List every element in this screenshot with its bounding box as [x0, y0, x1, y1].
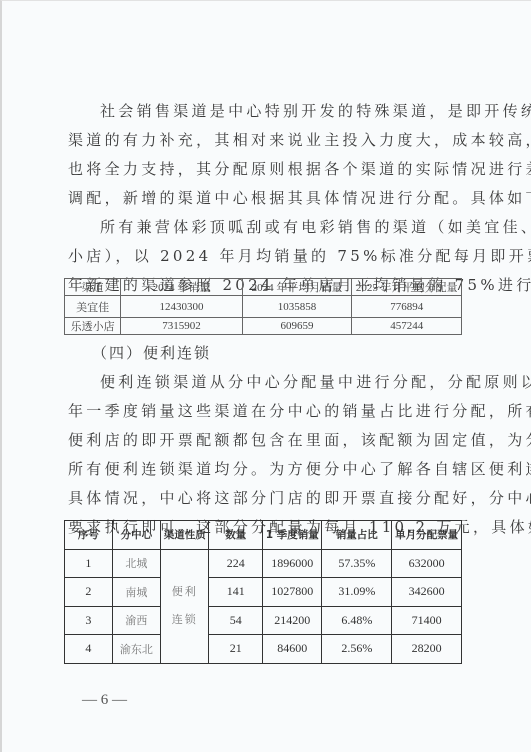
- table-cell: 141: [209, 578, 263, 607]
- table-cell: 28200: [392, 635, 462, 664]
- table-cell: 632000: [392, 549, 462, 578]
- table-row: 2 南城 141 1027800 31.09% 342600: [65, 578, 462, 607]
- text-line: 便利连锁渠道从分中心分配量中进行分配，分配原则以 2025: [68, 368, 468, 397]
- table-cell: 457244: [352, 318, 462, 335]
- table-cell: 渝西: [112, 606, 161, 635]
- table-cell: 美宜佳: [65, 296, 121, 318]
- table-cell: 21: [209, 635, 263, 664]
- table-cell: 渝东北: [112, 635, 161, 664]
- channel-type-cell: 便利连锁: [161, 549, 209, 663]
- table-cell: 南城: [112, 578, 161, 607]
- table-cell: 609659: [242, 318, 352, 335]
- page-number: — 6 —: [82, 692, 127, 709]
- table-header-row: 渠道 2024 年销量 2024 年平均月销量 2025 年月平均分配量: [65, 279, 462, 296]
- table-cell: 342600: [392, 578, 462, 607]
- column-header: 1 季度销量: [263, 521, 322, 550]
- table-cell: 12430300: [121, 296, 243, 318]
- column-header: 2024 年平均月销量: [242, 279, 352, 296]
- channel-sales-table: 渠道 2024 年销量 2024 年平均月销量 2025 年月平均分配量 美宜佳…: [64, 278, 462, 335]
- text-line: 调配，新增的渠道中心根据其具体情况进行分配。具体如下：: [68, 184, 468, 213]
- table-cell: 6.48%: [322, 606, 392, 635]
- table-cell: 2.56%: [322, 635, 392, 664]
- table-cell: 31.09%: [322, 578, 392, 607]
- column-header: 单月分配票量: [392, 521, 462, 550]
- section-heading: （四）便利连锁: [68, 339, 468, 368]
- table-row: 美宜佳 12430300 1035858 776894: [65, 296, 462, 318]
- table-header-row: 序号 分中心 渠道性质 数量 1 季度销量 销量占比 单月分配票量: [65, 521, 462, 550]
- table-cell: 3: [65, 606, 113, 635]
- column-header: 渠道: [65, 279, 121, 296]
- table-cell: 54: [209, 606, 263, 635]
- table-cell: 1896000: [263, 549, 322, 578]
- text-line: 所有便利连锁渠道均分。为方便分中心了解各自辖区便利连锁的: [68, 455, 468, 484]
- table-cell: 7315902: [121, 318, 243, 335]
- table-cell: 84600: [263, 635, 322, 664]
- table-cell: 1: [65, 549, 113, 578]
- table-cell: 776894: [352, 296, 462, 318]
- paragraph-convenience-chain: 便利连锁渠道从分中心分配量中进行分配，分配原则以 2025 年一季度销量这些渠道…: [68, 368, 468, 542]
- text-line: 渠道的有力补充，其相对来说业主投入力度大，成本较高，中心: [68, 126, 468, 155]
- text-line: 小店），以 2024 年月均销量的 75%标准分配每月即开票量；2025: [68, 242, 468, 271]
- table-row: 4 渝东北 21 84600 2.56% 28200: [65, 635, 462, 664]
- table-cell: 4: [65, 635, 113, 664]
- text-line: 社会销售渠道是中心特别开发的特殊渠道，是即开传统销售: [68, 97, 468, 126]
- table-cell: 224: [209, 549, 263, 578]
- text-line: 具体情况，中心将这部分门店的即开票直接分配好，分中心按照: [68, 484, 468, 513]
- table-cell: 1027800: [263, 578, 322, 607]
- convenience-chain-allocation-table: 序号 分中心 渠道性质 数量 1 季度销量 销量占比 单月分配票量 1 北城 便…: [64, 520, 462, 664]
- table-cell: 1035858: [242, 296, 352, 318]
- column-header: 序号: [65, 521, 113, 550]
- table-row: 1 北城 便利连锁 224 1896000 57.35% 632000: [65, 549, 462, 578]
- text-line: 年一季度销量这些渠道在分中心的销量占比进行分配，所有新增: [68, 397, 468, 426]
- text-line: 也将全力支持，其分配原则根据各个渠道的实际情况进行差异化: [68, 155, 468, 184]
- text-line: 所有兼营体彩顶呱刮或有电彩销售的渠道（如美宜佳、乐透: [68, 213, 468, 242]
- column-header: 2025 年月平均分配量: [352, 279, 462, 296]
- table-row: 乐透小店 7315902 609659 457244: [65, 318, 462, 335]
- column-header: 分中心: [112, 521, 161, 550]
- column-header: 销量占比: [322, 521, 392, 550]
- column-header: 数量: [209, 521, 263, 550]
- section-heading-text: （四）便利连锁: [68, 339, 468, 368]
- table-cell: 57.35%: [322, 549, 392, 578]
- table-cell: 乐透小店: [65, 318, 121, 335]
- column-header: 2024 年销量: [121, 279, 243, 296]
- table-cell: 214200: [263, 606, 322, 635]
- table-row: 3 渝西 54 214200 6.48% 71400: [65, 606, 462, 635]
- text-line: 便利店的即开票配额都包含在里面，该配额为固定值，为分中心: [68, 426, 468, 455]
- paragraph-social-channels: 社会销售渠道是中心特别开发的特殊渠道，是即开传统销售 渠道的有力补充，其相对来说…: [68, 97, 468, 213]
- table-cell: 2: [65, 578, 113, 607]
- table-cell: 北城: [112, 549, 161, 578]
- table-cell: 71400: [392, 606, 462, 635]
- column-header: 渠道性质: [161, 521, 209, 550]
